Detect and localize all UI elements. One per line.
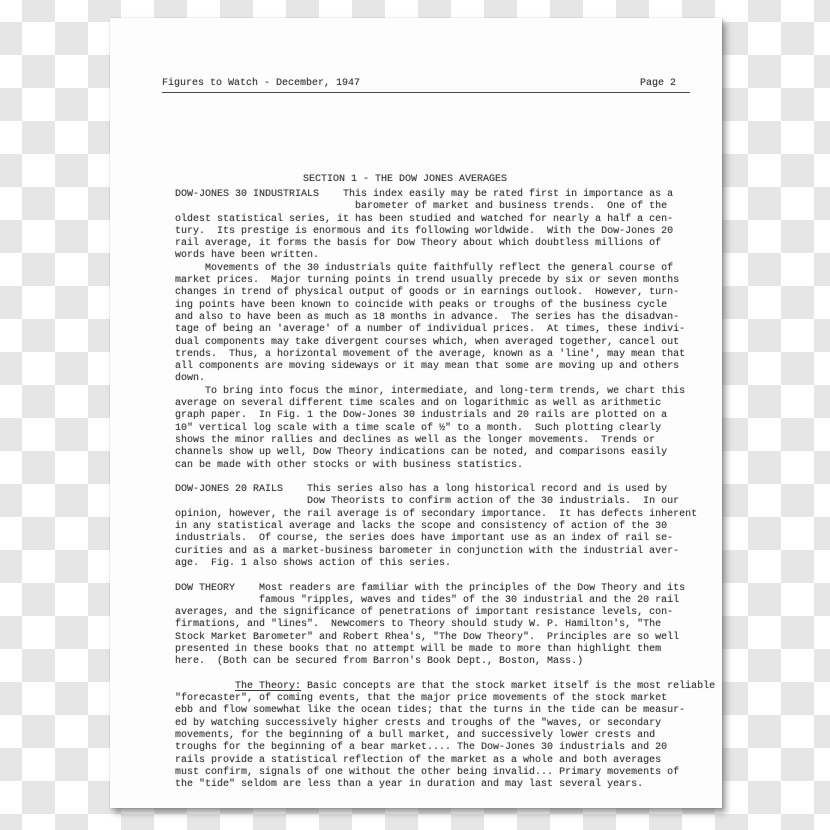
paragraph-dow-jones-20-rails: DOW-JONES 20 RAILS This series also has …: [175, 484, 707, 570]
document-title: Figures to Watch - December, 1947: [162, 78, 360, 90]
transparent-checker-background: { "colors": { "paper": "#fdfdfd", "check…: [0, 0, 830, 830]
section-heading: SECTION 1 - THE DOW JONES AVERAGES: [110, 174, 700, 186]
paragraph-movements: Movements of the 30 industrials quite fa…: [175, 263, 707, 386]
paragraph-dow-theory: DOW THEORY Most readers are familiar wit…: [175, 583, 707, 669]
paragraph-dow-jones-30-industrials: DOW-JONES 30 INDUSTRIALS This index easi…: [175, 189, 707, 263]
document-header: Figures to Watch - December, 1947 Page 2: [162, 78, 690, 93]
paragraph-the-theory: The Theory: Basic concepts are that the …: [175, 669, 707, 804]
document-page: Figures to Watch - December, 1947 Page 2…: [110, 18, 722, 808]
page-number: Page 2: [640, 78, 676, 90]
paragraph-charting: To bring into focus the minor, intermedi…: [175, 386, 707, 472]
document-body: DOW-JONES 30 INDUSTRIALS This index easi…: [175, 189, 707, 804]
the-theory-underlined-lead: The Theory:: [235, 681, 301, 692]
the-theory-indent: [211, 681, 235, 692]
the-theory-text: Basic concepts are that the stock market…: [175, 681, 715, 790]
